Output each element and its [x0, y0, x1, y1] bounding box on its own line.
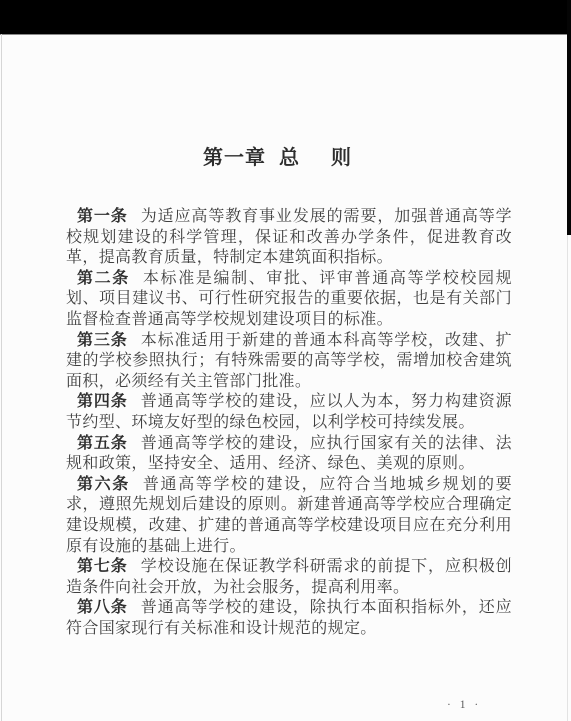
articles: 第一条为适应高等教育事业发展的需要，加强普通高等学校规划建设的科学管理，保证和改… [66, 207, 512, 639]
article-text: 本标准是编制、审批、评审普通高等学校校园规划、项目建议书、可行性研究报告的重要依… [66, 270, 512, 328]
article-paragraph: 第一条为适应高等教育事业发展的需要，加强普通高等学校规划建设的科学管理，保证和改… [66, 207, 512, 269]
article-paragraph: 第四条普通高等学校的建设，应以人为本，努力构建资源节约型、环境友好型的绿色校园，… [66, 392, 512, 433]
article-paragraph: 第三条本标准适用于新建的普通本科高等学校，改建、扩建的学校参照执行；有特殊需要的… [66, 331, 512, 393]
article-label: 第八条 [77, 599, 128, 616]
page-left-edge-line [1, 34, 2, 721]
article-label: 第二条 [77, 270, 130, 287]
article-label: 第七条 [77, 558, 128, 575]
scanned-document-page: 第一章 总 则 第一条为适应高等教育事业发展的需要，加强普通高等学校规划建设的科… [0, 0, 571, 721]
page-number: · 1 · [447, 699, 481, 711]
chapter-title-number: 第一章 [203, 141, 266, 170]
document-page-body: 第一章 总 则 第一条为适应高等教育事业发展的需要，加强普通高等学校规划建设的科… [3, 35, 568, 721]
article-label: 第六条 [77, 476, 130, 493]
article-label: 第五条 [77, 435, 128, 452]
scan-black-border-top [0, 0, 571, 35]
article-text: 普通高等学校的建设，应执行国家有关的法律、法规和政策，坚持安全、适用、经济、绿色… [66, 435, 512, 473]
article-label: 第四条 [77, 393, 128, 410]
article-label: 第一条 [77, 208, 128, 225]
article-text: 普通高等学校的建设，除执行本面积指标外，还应符合国家现行有关标准和设计规范的规定… [66, 599, 512, 637]
article-text: 普通高等学校的建设，应符合当地城乡规划的要求，遵照先规划后建设的原则。新建普通高… [66, 476, 512, 555]
article-text: 普通高等学校的建设，应以人为本，努力构建资源节约型、环境友好型的绿色校园，以利学… [66, 393, 512, 431]
article-paragraph: 第八条普通高等学校的建设，除执行本面积指标外，还应符合国家现行有关标准和设计规范… [66, 598, 512, 639]
article-text: 本标准适用于新建的普通本科高等学校，改建、扩建的学校参照执行；有特殊需要的高等学… [66, 332, 512, 390]
article-text: 学校设施在保证教学科研需求的前提下，应积极创造条件向社会开放，为社会服务，提高利… [66, 558, 512, 596]
article-paragraph: 第六条普通高等学校的建设，应符合当地城乡规划的要求，遵照先规划后建设的原则。新建… [66, 475, 512, 557]
article-label: 第三条 [77, 332, 128, 349]
article-text: 为适应高等教育事业发展的需要，加强普通高等学校规划建设的科学管理，保证和改善办学… [66, 208, 512, 266]
article-paragraph: 第七条学校设施在保证教学科研需求的前提下，应积极创造条件向社会开放，为社会服务，… [66, 557, 512, 598]
article-paragraph: 第二条本标准是编制、审批、评审普通高等学校校园规划、项目建议书、可行性研究报告的… [66, 269, 512, 331]
chapter-title-word-1: 总 [279, 141, 300, 170]
chapter-title: 第一章 总 则 [0, 141, 560, 170]
chapter-title-word-2: 则 [331, 141, 352, 170]
article-paragraph: 第五条普通高等学校的建设，应执行国家有关的法律、法规和政策，坚持安全、适用、经济… [66, 434, 512, 475]
